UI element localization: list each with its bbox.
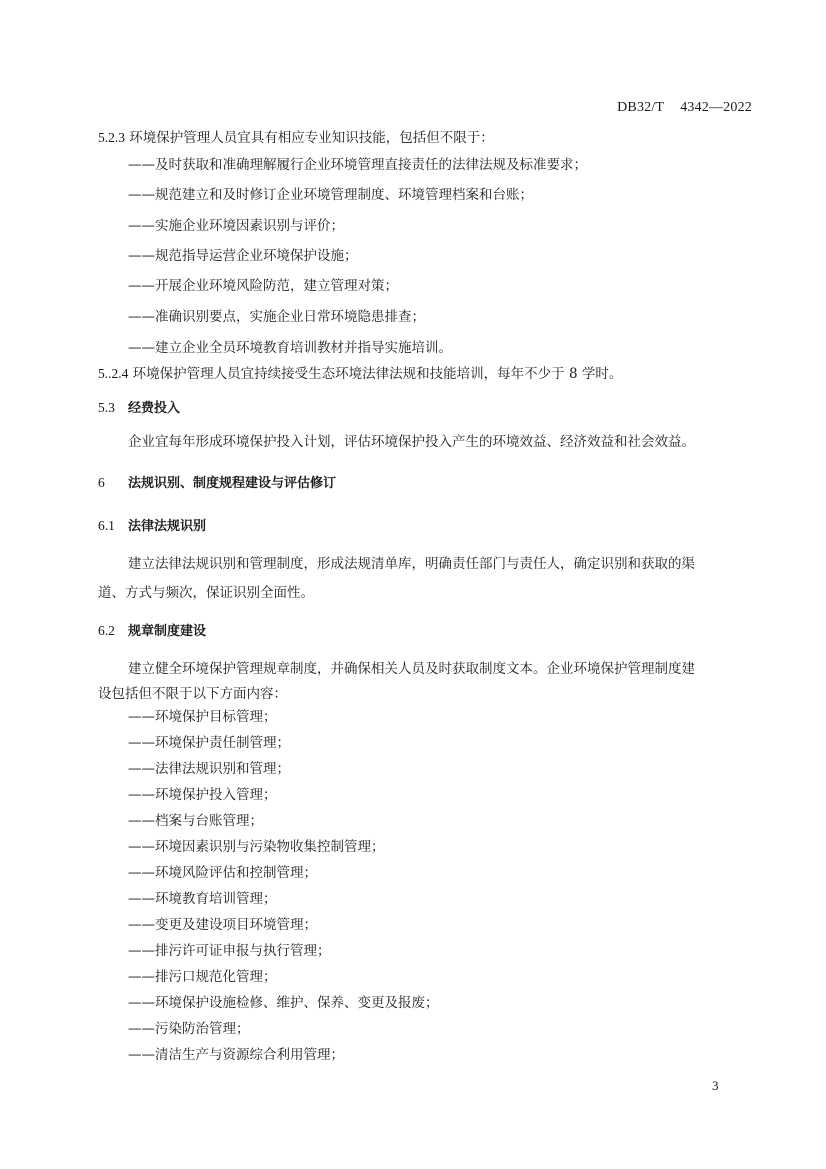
list-item: ——排污口规范化管理； (128, 968, 277, 986)
clause-5-2-4: 5..2.4 环境保护管理人员宜持续接受生态环境法律法规和技能培训，每年不少于 … (98, 365, 622, 383)
list-item: ——污染防治管理； (128, 1020, 250, 1038)
section-body-line: 道、方式与频次，保证识别全面性。 (98, 584, 314, 602)
document-header-code: DB32/T4342—2022 (617, 99, 752, 117)
list-item: ——环境风险评估和控制管理； (128, 864, 317, 882)
list-item: ——环境保护设施检修、维护、保养、变更及报废； (128, 994, 439, 1012)
chapter-title: 法规识别、制度规程建设与评估修订 (128, 476, 336, 491)
list-item: ——清洁生产与资源综合利用管理； (128, 1046, 344, 1064)
section-number: 6.2 (98, 622, 128, 640)
clause-text: 环境保护管理人员宜具有相应专业知识技能，包括但不限于： (129, 130, 494, 146)
clause-number: 5.2.3 (98, 130, 125, 145)
list-item: ——环境保护目标管理； (128, 708, 277, 726)
section-title: 法律法规识别 (128, 519, 206, 534)
section-body: 企业宜每年形成环境保护投入计划，评估环境保护投入产生的环境效益、经济效益和社会效… (128, 433, 695, 451)
doc-number: 4342—2022 (680, 100, 752, 115)
clause-text: 环境保护管理人员宜持续接受生态环境法律法规和技能培训，每年不少于 8 学时。 (133, 366, 623, 382)
chapter-heading-6: 6法规识别、制度规程建设与评估修订 (98, 474, 336, 493)
section-title: 规章制度建设 (128, 624, 206, 639)
section-title: 经费投入 (128, 401, 180, 416)
doc-code: DB32/T (617, 100, 664, 115)
page-number: 3 (712, 1077, 719, 1095)
section-heading-6-2: 6.2规章制度建设 (98, 622, 206, 641)
section-heading-5-3: 5.3经费投入 (98, 399, 180, 418)
section-number: 5.3 (98, 399, 128, 417)
list-item: ——实施企业环境因素识别与评价； (128, 217, 344, 235)
list-item: ——及时获取和准确理解履行企业环境管理直接责任的法律法规及标准要求； (128, 156, 587, 174)
section-body-line: 建立法律法规识别和管理制度，形成法规清单库，明确责任部门与责任人，确定识别和获取… (128, 555, 695, 573)
list-item: ——变更及建设项目环境管理； (128, 916, 317, 934)
list-item: ——排污许可证申报与执行管理； (128, 942, 331, 960)
list-item: ——档案与台账管理； (128, 812, 263, 830)
list-item: ——规范指导运营企业环境保护设施； (128, 247, 358, 265)
section-body-line: 设包括但不限于以下方面内容： (98, 685, 287, 703)
list-item: ——建立企业全员环境教育培训教材并指导实施培训。 (128, 339, 452, 357)
list-item: ——环境因素识别与污染物收集控制管理； (128, 838, 385, 856)
section-body-line: 建立健全环境保护管理规章制度，并确保相关人员及时获取制度文本。企业环境保护管理制… (128, 660, 695, 678)
list-item: ——环境保护责任制管理； (128, 734, 290, 752)
list-item: ——准确识别要点，实施企业日常环境隐患排查； (128, 308, 425, 326)
list-item: ——环境教育培训管理； (128, 890, 277, 908)
chapter-number: 6 (98, 474, 128, 492)
section-heading-6-1: 6.1法律法规识别 (98, 517, 206, 536)
section-number: 6.1 (98, 517, 128, 535)
clause-number: 5..2.4 (98, 366, 128, 381)
clause-5-2-3: 5.2.3 环境保护管理人员宜具有相应专业知识技能，包括但不限于： (98, 129, 494, 147)
list-item: ——规范建立和及时修订企业环境管理制度、环境管理档案和台账； (128, 186, 533, 204)
list-item: ——环境保护投入管理； (128, 786, 277, 804)
list-item: ——法律法规识别和管理； (128, 760, 290, 778)
list-item: ——开展企业环境风险防范，建立管理对策； (128, 277, 398, 295)
